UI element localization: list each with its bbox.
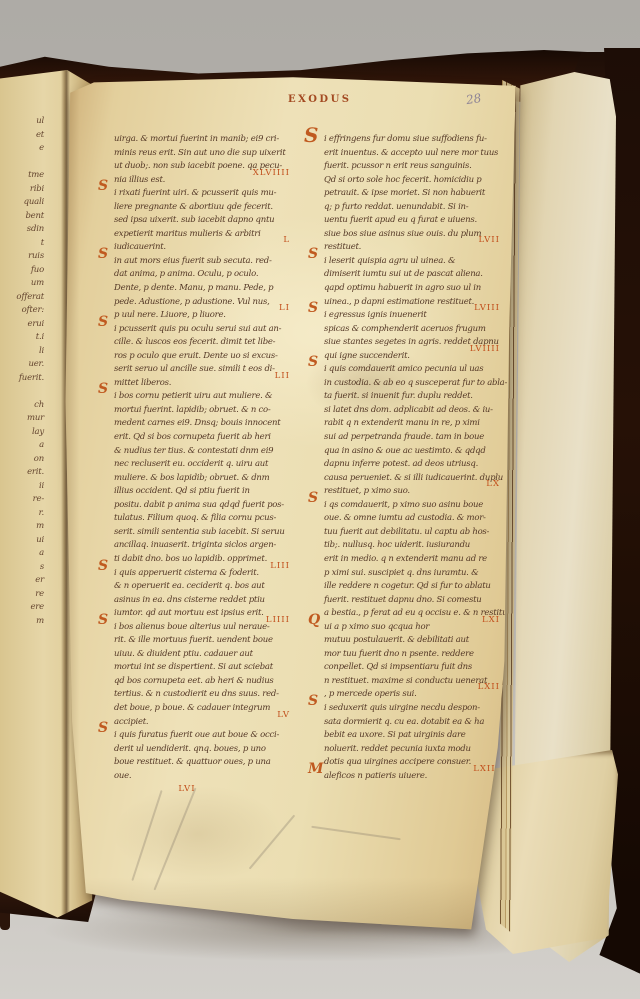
facing-line-fragment: sdin bbox=[2, 224, 44, 238]
manuscript-line: mor tuu fuerit dno n psente. reddere bbox=[310, 641, 516, 655]
facing-line-fragment: li bbox=[2, 346, 44, 360]
rubric-initial: S bbox=[308, 490, 318, 506]
manuscript-line: cille. & luscos eos fecerit. dimit tet l… bbox=[100, 329, 306, 343]
facing-line-fragment: s bbox=[2, 562, 44, 576]
manuscript-line: accipiet.LV bbox=[100, 709, 306, 723]
manuscript-line: & n operuerit ea. ceciderit q. bos aut bbox=[100, 573, 306, 587]
manuscript-line: p ximi sui. suscipiet q. dns iuramtu. & bbox=[310, 560, 516, 574]
manuscript-line: dapnu inferre potest. ad deos utriusq. bbox=[310, 451, 516, 465]
manuscript-page: EXODUS 28 uirga. & mortui fuerint in man… bbox=[56, 72, 530, 938]
facing-line-fragment: mur bbox=[2, 413, 44, 427]
facing-line-fragment: erit. bbox=[2, 467, 44, 481]
manuscript-line: siue bos siue asinus siue ouis. du plum bbox=[310, 221, 516, 235]
manuscript-line: nia illius est.XLVIIII bbox=[100, 167, 306, 181]
manuscript-line: Qd si orto sole hoc fecerit. homicidiu p bbox=[310, 167, 516, 181]
manuscript-line: derit ul uendiderit. qnq. boues, p uno bbox=[100, 736, 306, 750]
facing-line-fragment: t bbox=[2, 238, 44, 252]
manuscript-line: erit. Qd si bos cornupeta fuerit ab heri bbox=[100, 424, 306, 438]
manuscript-line: Si pcusserit quis pu oculu serui sui aut… bbox=[100, 316, 306, 330]
rubric-chapter-numeral: LVIII bbox=[474, 303, 500, 313]
manuscript-line: qd bos cornupeta eet. ab heri & nudius bbox=[100, 668, 306, 682]
manuscript-line: erit inuentus. & accepto uul nere mor tu… bbox=[310, 140, 516, 154]
rubric-chapter-numeral: LIII bbox=[270, 561, 290, 571]
manuscript-line: uinea., p dapni estimatione restituet. bbox=[310, 289, 516, 303]
manuscript-line: uiuu. & diuident ptiu. cadauer aut bbox=[100, 641, 306, 655]
manuscript-line: & nudius ter tius. & contestati dnm ei9 bbox=[100, 438, 306, 452]
manuscript-line: dimiserit iumtu sui ut de pascat aliena. bbox=[310, 261, 516, 275]
rubric-chapter-numeral: LV bbox=[277, 710, 290, 720]
manuscript-line: restituet.LVII bbox=[310, 234, 516, 248]
manuscript-line: boue restituet. & quattuor oues, p una bbox=[100, 749, 306, 763]
rubric-chapter-numeral: LXII bbox=[478, 682, 500, 692]
facing-line-fragment: m bbox=[2, 616, 44, 630]
rubric-chapter-numeral: LVIIII bbox=[470, 344, 500, 354]
rubric-initial: S bbox=[308, 300, 318, 316]
facing-line-fragment: e bbox=[2, 143, 44, 157]
manuscript-line: dotis qua uirgines accipere consuer. bbox=[310, 749, 516, 763]
rubric-initial: S bbox=[308, 693, 318, 709]
manuscript-line: expetierit maritus mulieris & arbitri bbox=[100, 221, 306, 235]
manuscript-line: mortui fuerint. lapidib; obruet. & n co- bbox=[100, 397, 306, 411]
rubric-chapter-numeral: LII bbox=[275, 371, 290, 381]
facing-page-line-endings: uletetmeribiqualibentsdintruisfuoumoffer… bbox=[2, 116, 44, 629]
manuscript-line: a bestia., p ferat ad eu q occisu e. & n… bbox=[310, 600, 516, 614]
rubric-chapter-numeral: LI bbox=[279, 303, 290, 313]
rubric-initial: S bbox=[308, 246, 318, 262]
facing-line-fragment: a bbox=[2, 440, 44, 454]
rubric-initial: S bbox=[98, 558, 108, 574]
rubric-initial: S bbox=[98, 720, 108, 736]
manuscript-line: liere pregnante & abortiuu qde fecerit. bbox=[100, 194, 306, 208]
folio-number: 28 bbox=[465, 91, 482, 107]
manuscript-line: sui ad perpetranda fraude. tam in boue bbox=[310, 424, 516, 438]
manuscript-line: ti dabit dno. bos uo lapidib. opprimet. bbox=[100, 546, 306, 560]
manuscript-line: positu. dabit p anima sua qdqd fuerit po… bbox=[100, 492, 306, 506]
manuscript-line: nec recluserit eu. occiderit q. uiru aut bbox=[100, 451, 306, 465]
manuscript-line: qapd optimu habuerit in agro suo ul in bbox=[310, 275, 516, 289]
facing-line-fragment: ii bbox=[2, 481, 44, 495]
rubric-chapter-numeral: XLVIIII bbox=[253, 168, 290, 178]
manuscript-line: spicas & comphenderit aceruos frugum bbox=[310, 316, 516, 330]
manuscript-line: Si seduxerit quis uirgine necdu despon- bbox=[310, 695, 516, 709]
running-title: EXODUS bbox=[288, 94, 352, 105]
rubric-chapter-numeral: L bbox=[283, 235, 290, 245]
facing-line-fragment: ruis bbox=[2, 251, 44, 265]
facing-line-fragment: ere bbox=[2, 602, 44, 616]
text-column-left: uirga. & mortui fuerint in manib; ei9 cr… bbox=[100, 126, 306, 790]
manuscript-line: Si quis apperuerit cisterna & foderit.LI… bbox=[100, 560, 306, 574]
rubric-chapter-numeral: LXI bbox=[482, 615, 500, 625]
manuscript-line: sata dormierit q. cu ea. dotabit ea & ha bbox=[310, 709, 516, 723]
manuscript-line: qui igne succenderit.LVIIII bbox=[310, 343, 516, 357]
manuscript-line: q; p furto reddat. uenundabit. Si in- bbox=[310, 194, 516, 208]
facing-line-fragment: quali bbox=[2, 197, 44, 211]
facing-line-fragment: ch bbox=[2, 400, 44, 414]
manuscript-line: LVI bbox=[100, 776, 306, 790]
manuscript-line: restituet, p ximo suo.LX bbox=[310, 478, 516, 492]
manuscript-line: tib;. nullusq. hoc uiderit. iusiurandu bbox=[310, 532, 516, 546]
manuscript-line: uirga. & mortui fuerint in manib; ei9 cr… bbox=[100, 126, 306, 140]
manuscript-line: fuerit. restituet dapnu dno. Si comestu bbox=[310, 587, 516, 601]
manuscript-line: conpellet. Qd si impsentiaru fuit dns bbox=[310, 654, 516, 668]
scratch-mark bbox=[153, 788, 196, 891]
manuscript-line: tulatus. Filium quoq. & filia cornu pcus… bbox=[100, 505, 306, 519]
manuscript-line: Si bos alienus boue alterius uul neraue-… bbox=[100, 614, 306, 628]
manuscript-line: tuu fuerit aut debilitatu. ul captu ab h… bbox=[310, 519, 516, 533]
manuscript-line: fuerit. pcussor n erit reus sanguinis. bbox=[310, 153, 516, 167]
manuscript-line: , p mercede operis sui.LXII bbox=[310, 681, 516, 695]
manuscript-line: Si quis comdauerit amico pecunia ul uas bbox=[310, 356, 516, 370]
manuscript-line: in custodia. & ab eo q susceperat fur to… bbox=[310, 370, 516, 384]
manuscript-line: Si quis furatus fuerit oue aut boue & oc… bbox=[100, 722, 306, 736]
rubric-initial: Q bbox=[308, 612, 320, 628]
manuscript-line: ros p oculo que eruit. Dente uo si excus… bbox=[100, 343, 306, 357]
rubric-chapter-numeral: LX bbox=[486, 479, 500, 489]
facing-line-fragment: um bbox=[2, 278, 44, 292]
manuscript-line: illius occident. Qd si ptiu fuerit in bbox=[100, 478, 306, 492]
facing-line-fragment: re- bbox=[2, 494, 44, 508]
facing-line-fragment bbox=[2, 157, 44, 171]
manuscript-line: Si leserit quispia agru ul uinea. & bbox=[310, 248, 516, 262]
manuscript-line: oue. & omne iumtu ad custodia. & mor- bbox=[310, 505, 516, 519]
manuscript-line: rabit q n extenderit manu in re, p ximi bbox=[310, 410, 516, 424]
facing-line-fragment: offerat bbox=[2, 292, 44, 306]
facing-line-fragment: a bbox=[2, 548, 44, 562]
rubric-chapter-numeral: LXIII bbox=[473, 764, 500, 774]
manuscript-line: Si rixati fuerint uiri. & pcusserit quis… bbox=[100, 180, 306, 194]
manuscript-line: ille reddere n cogetur. Qd si fur to abl… bbox=[310, 573, 516, 587]
manuscript-line: Si bos cornu petierit uiru aut muliere. … bbox=[100, 383, 306, 397]
manuscript-line: qua in asino & oue ac uestimto. & qdqd bbox=[310, 438, 516, 452]
rubric-initial: S bbox=[98, 314, 108, 330]
scratch-mark bbox=[249, 815, 296, 870]
manuscript-line: Si effringens fur domu siue suffodiens f… bbox=[310, 126, 516, 140]
manuscript-line: muliere. & bos lapidib; obruet. & dnm bbox=[100, 465, 306, 479]
manuscript-line: si latet dns dom. adplicabit ad deos. & … bbox=[310, 397, 516, 411]
manuscript-line: dat anima, p anima. Oculu, p oculo. bbox=[100, 261, 306, 275]
manuscript-line: rit. & ille mortuus fuerit. uendent boue bbox=[100, 627, 306, 641]
manuscript-line: mutuu postulauerit. & debilitati aut bbox=[310, 627, 516, 641]
rubric-initial: S bbox=[98, 246, 108, 262]
manuscript-line: Maleficos n patieris uiuere.LXIII bbox=[310, 763, 516, 777]
line-text: aleficos n patieris uiuere. bbox=[324, 771, 427, 781]
manuscript-line: Sin aut mors eius fuerit sub secuta. red… bbox=[100, 248, 306, 262]
facing-line-fragment: tme bbox=[2, 170, 44, 184]
manuscript-page-wrap: EXODUS 28 uirga. & mortui fuerint in man… bbox=[56, 72, 530, 938]
facing-line-fragment: re bbox=[2, 589, 44, 603]
manuscript-line: siue stantes segetes in agris. reddet da… bbox=[310, 329, 516, 343]
rubric-initial: S bbox=[98, 612, 108, 628]
facing-line-fragment: fuerit. bbox=[2, 373, 44, 387]
rubric-chapter-numeral: LIIII bbox=[266, 615, 290, 625]
manuscript-line: n restituet. maxime si conductu uenerat bbox=[310, 668, 516, 682]
facing-line-fragment: ui bbox=[2, 535, 44, 549]
manuscript-line: serit seruo ul ancille sue. simili t eos… bbox=[100, 356, 306, 370]
manuscript-line: det boue, p boue. & cadauer integrum bbox=[100, 695, 306, 709]
facing-line-fragment: er bbox=[2, 575, 44, 589]
manuscript-line: Qui a p ximo suo qcqua horLXI bbox=[310, 614, 516, 628]
manuscript-line: ancillaq. inuaserit. triginta siclos arg… bbox=[100, 532, 306, 546]
manuscript-line: mortui int se dispertient. Si aut scieba… bbox=[100, 654, 306, 668]
manuscript-line: causa perueniet. & si illi iudicauerint.… bbox=[310, 465, 516, 479]
rubric-chapter-numeral: LVII bbox=[479, 235, 501, 245]
manuscript-line: sed ipsa uixerit. sub iacebit dapno qntu bbox=[100, 207, 306, 221]
facing-line-fragment: et bbox=[2, 130, 44, 144]
facing-line-fragment: ofter: bbox=[2, 305, 44, 319]
facing-line-fragment: m bbox=[2, 521, 44, 535]
manuscript-line: Si egressus ignis inueneritLVIII bbox=[310, 302, 516, 316]
facing-line-fragment: bent bbox=[2, 211, 44, 225]
manuscript-line: erit in medio. q n extenderit manu ad re bbox=[310, 546, 516, 560]
manuscript-line: Si qs comdauerit, p ximo suo asinu boue bbox=[310, 492, 516, 506]
manuscript-line: iumtor. qd aut mortuu est ipsius erit. bbox=[100, 600, 306, 614]
scratch-mark bbox=[311, 826, 400, 841]
manuscript-line: bebit ea uxore. Si pat uirginis dare bbox=[310, 722, 516, 736]
manuscript-line: pede. Adustione, p adustione. Vul nus, bbox=[100, 289, 306, 303]
facing-line-fragment: on bbox=[2, 454, 44, 468]
facing-line-fragment: lay bbox=[2, 427, 44, 441]
facing-line-fragment bbox=[2, 386, 44, 400]
rubric-initial: S bbox=[98, 381, 108, 397]
facing-line-fragment: fuo bbox=[2, 265, 44, 279]
text-column-right: Si effringens fur domu siue suffodiens f… bbox=[310, 126, 516, 776]
facing-line-fragment: r. bbox=[2, 508, 44, 522]
facing-line-fragment: t.i bbox=[2, 332, 44, 346]
manuscript-line: ut duob;. non sub iacebit poene. qa pecu… bbox=[100, 153, 306, 167]
rubric-initial: S bbox=[308, 354, 318, 370]
manuscript-line: Dente, p dente. Manu, p manu. Pede, p bbox=[100, 275, 306, 289]
facing-line-fragment: uer. bbox=[2, 359, 44, 373]
manuscript-line: minis reus erit. Sin aut uno die sup uix… bbox=[100, 140, 306, 154]
manuscript-photo: uletetmeribiqualibentsdintruisfuoumoffer… bbox=[0, 0, 640, 999]
scratch-mark bbox=[131, 790, 162, 881]
manuscript-line: medent carnes ei9. Dnsq; bouis innocent bbox=[100, 410, 306, 424]
rubric-initial: S bbox=[98, 178, 108, 194]
manuscript-line: ta fuerit. si inuenit fur. duplu reddet. bbox=[310, 383, 516, 397]
manuscript-line: mittet liberos.LII bbox=[100, 370, 306, 384]
rubric-initial: M bbox=[308, 761, 324, 777]
facing-line-fragment: ribi bbox=[2, 184, 44, 198]
manuscript-line: uentu fuerit apud eu q furat e uiuens. bbox=[310, 207, 516, 221]
facing-line-fragment: ul bbox=[2, 116, 44, 130]
manuscript-line: p uul nere. Liuore, p liuore.LI bbox=[100, 302, 306, 316]
facing-line-fragment: erui bbox=[2, 319, 44, 333]
manuscript-line: oue. bbox=[100, 763, 306, 777]
manuscript-line: noluerit. reddet pecunia iuxta modu bbox=[310, 736, 516, 750]
manuscript-line: petrauit. & ipse moriet. Si non habuerit bbox=[310, 180, 516, 194]
manuscript-line: tertius. & n custodierit eu dns suus. re… bbox=[100, 681, 306, 695]
manuscript-line: asinus in ea. dns cisterne reddet ptiu bbox=[100, 587, 306, 601]
manuscript-line: serit. simili sententia sub iacebit. Si … bbox=[100, 519, 306, 533]
manuscript-line: iudicauerint.L bbox=[100, 234, 306, 248]
